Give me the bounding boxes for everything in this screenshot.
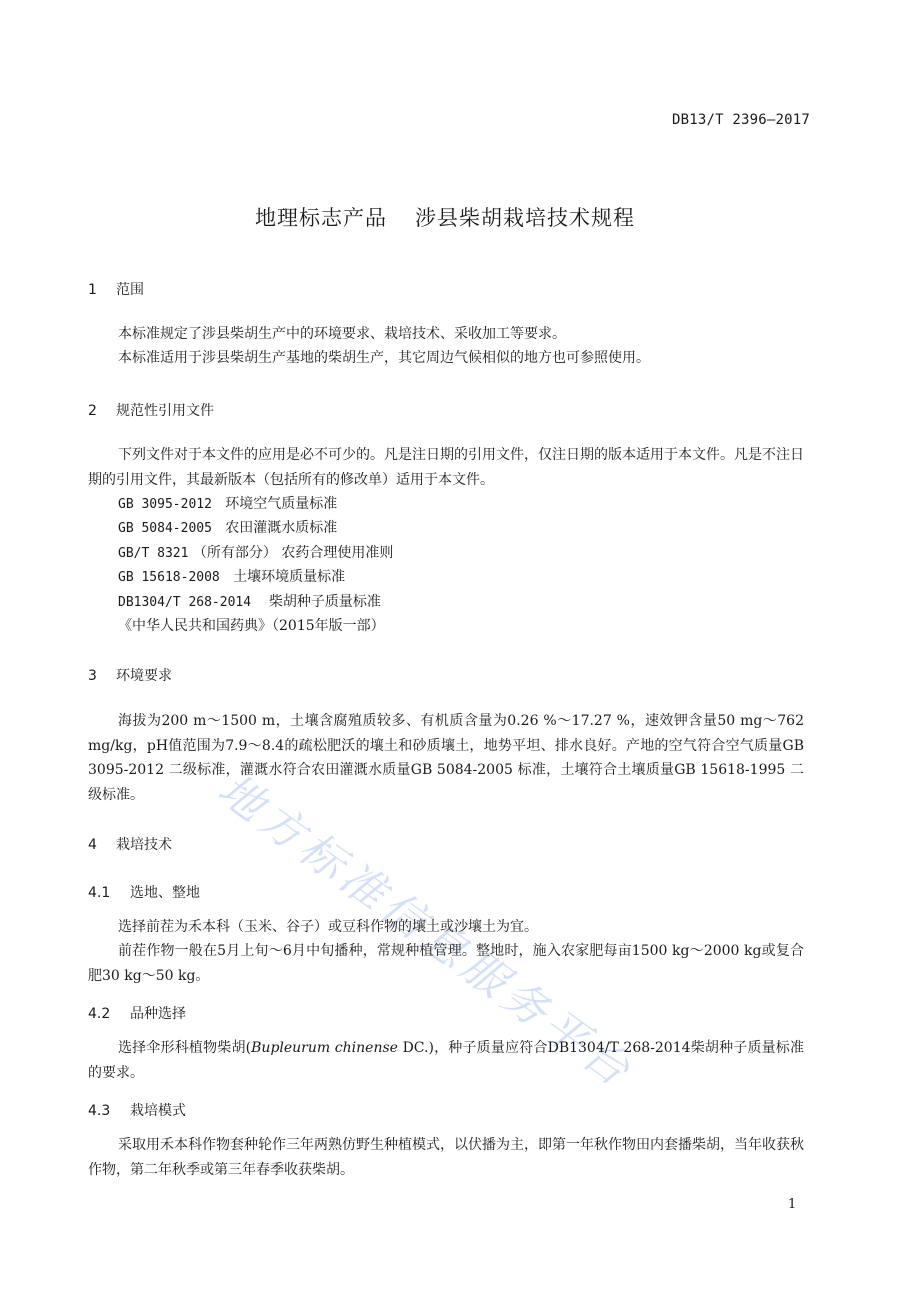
subsection-4-1-paragraph-2: 前茬作物一般在5月上旬～6月中旬播种，常规种植管理。整地时，施入农家肥每亩150… [88, 939, 804, 988]
title-part-2: 涉县柴胡栽培技术规程 [415, 206, 635, 230]
section-1-paragraph-2: 本标准适用于涉县柴胡生产基地的柴胡生产，其它周边气候相似的地方也可参照使用。 [88, 346, 804, 371]
reference-item: 《中华人民共和国药典》（2015年版一部） [118, 614, 385, 639]
reference-item: GB 15618-2008 土壤环境质量标准 [118, 565, 345, 591]
title-part-1: 地理标志产品 [255, 206, 387, 230]
document-title: 地理标志产品涉县柴胡栽培技术规程 [0, 202, 890, 232]
section-4-heading: 4栽培技术 [88, 834, 172, 854]
section-1-paragraph-1: 本标准规定了涉县柴胡生产中的环境要求、栽培技术、采收加工等要求。 [88, 322, 804, 347]
subsection-4-1-heading: 4.1选地、整地 [88, 882, 200, 902]
latin-name: Bupleurum chinense [251, 1040, 398, 1056]
reference-item: DB1304/T 268-2014 柴胡种子质量标准 [118, 590, 381, 616]
subsection-4-3-heading: 4.3栽培模式 [88, 1100, 186, 1120]
reference-item: GB 3095-2012 环境空气质量标准 [118, 492, 337, 518]
section-2-heading: 2规范性引用文件 [88, 400, 214, 420]
subsection-4-2-heading: 4.2品种选择 [88, 1003, 186, 1023]
section-1-heading: 1范围 [88, 279, 144, 299]
subsection-4-3-paragraph: 采取用禾本科作物套种轮作三年两熟仿野生种植模式，以伏播为主，即第一年秋作物田内套… [88, 1133, 804, 1182]
section-3-paragraph: 海拔为200 m～1500 m，土壤含腐殖质较多、有机质含量为0.26 %～17… [88, 709, 804, 807]
reference-item: GB/T 8321 （所有部分） 农药合理使用准则 [118, 541, 393, 567]
subsection-4-1-paragraph-1: 选择前茬为禾本科（玉米、谷子）或豆科作物的壤土或沙壤土为宜。 [88, 915, 804, 940]
section-3-heading: 3环境要求 [88, 665, 172, 685]
section-2-intro: 下列文件对于本文件的应用是必不可少的。凡是注日期的引用文件，仅注日期的版本适用于… [88, 443, 804, 492]
reference-item: GB 5084-2005 农田灌溉水质标准 [118, 516, 337, 542]
standard-code: DB13/T 2396—2017 [672, 112, 810, 128]
subsection-4-2-paragraph: 选择伞形科植物柴胡(Bupleurum chinense DC.)，种子质量应符… [88, 1036, 804, 1085]
document-page: 地方标准信息服务平台 DB13/T 2396—2017 地理标志产品涉县柴胡栽培… [0, 0, 920, 1302]
page-number: 1 [788, 1197, 796, 1212]
